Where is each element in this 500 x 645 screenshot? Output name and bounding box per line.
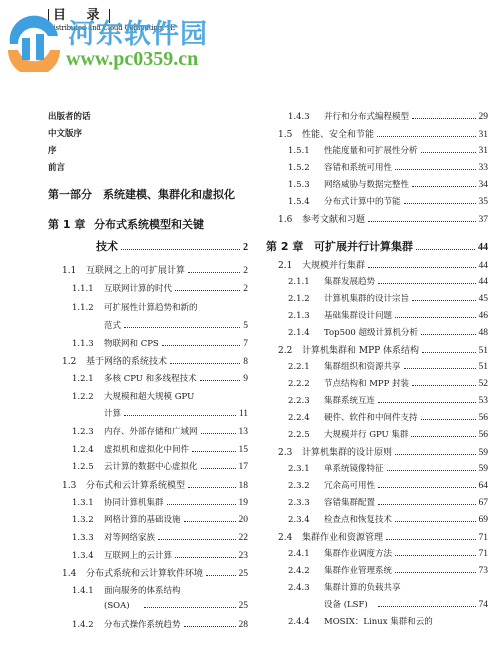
leader-dots (175, 289, 240, 291)
section-number: 1.3.2 (72, 515, 104, 525)
section-number: 1.5.2 (288, 163, 324, 173)
section-title: 互联网计算的时代 (104, 282, 172, 294)
section-title: 计算机集群的设计宗旨 (324, 292, 409, 304)
page-number: 45 (479, 294, 489, 304)
leader-dots (395, 520, 475, 522)
toc-front-item[interactable]: 序 (48, 144, 57, 156)
toc-entry[interactable]: 1.2.5 云计算的数据中心虚拟化 17 (72, 460, 248, 472)
toc-entry[interactable]: 1.5.2 容错和系统可用性 33 (288, 161, 488, 173)
toc-entry[interactable]: 2.2.4 硬件、软件和中间件支持 56 (288, 411, 488, 423)
page-number: 7 (243, 339, 248, 349)
section-number: 2.3.4 (288, 515, 324, 525)
toc-entry[interactable]: 1.1.3 物联网和 CPS 7 (72, 337, 248, 349)
toc-entry[interactable]: 2.3.2 冗余高可用性 64 (288, 479, 488, 491)
page-number: 5 (243, 321, 248, 331)
section-number: 1.2.4 (72, 445, 104, 455)
section-title: 集群作业调度方法 (324, 547, 392, 559)
section-number: 1.2.3 (72, 427, 104, 437)
leader-dots (377, 135, 475, 137)
section-number: 1.3.1 (72, 498, 104, 508)
section-number: 1.2 (62, 357, 86, 367)
leader-dots (378, 503, 475, 505)
leader-dots (144, 606, 236, 608)
section-title: 节点结构和 MPP 封装 (324, 377, 409, 389)
section-title: 计算机集群的设计原则 (302, 445, 392, 458)
page-number: 56 (479, 430, 489, 440)
section-title: 检查点和恢复技术 (324, 513, 392, 525)
chapter-heading[interactable]: 第 1 章 分布式系统模型和关键 (48, 216, 204, 232)
section-number: 1.3.4 (72, 551, 104, 561)
page-number: 13 (239, 427, 249, 437)
leader-dots (121, 248, 240, 250)
section-title: 集群计算的负载共享 (324, 581, 401, 593)
page-header: 目 录 Distributed and Cloud Computing, 1E (48, 4, 175, 32)
leader-dots (188, 486, 235, 488)
section-number: 1.5 (278, 130, 302, 140)
toc-entry[interactable]: 2.2 计算机集群和 MPP 体系结构 51 (278, 343, 488, 356)
page-number: 52 (479, 379, 489, 389)
section-title: 并行和分布式编程模型 (324, 110, 409, 122)
chapter-title: 分布式系统模型和关键 (94, 216, 204, 232)
section-title: 单系统镜像特征 (324, 462, 384, 474)
section-title: 性能、安全和节能 (302, 127, 374, 140)
leader-dots (184, 520, 236, 522)
leader-dots (201, 467, 236, 469)
page-number: 34 (479, 180, 489, 190)
section-number: 1.4 (62, 569, 86, 579)
leader-dots (368, 220, 475, 222)
page-number: 71 (479, 533, 489, 543)
leader-dots (395, 168, 475, 170)
section-number: 2.2.5 (288, 430, 324, 440)
section-title: 网格计算的基础设施 (104, 513, 181, 525)
watermark-url: www.pc0359.cn (66, 48, 198, 71)
section-title: 集群组织和资源共享 (324, 360, 401, 372)
page-number: 18 (239, 481, 249, 491)
section-number: 2.3.3 (288, 498, 324, 508)
toc-entry[interactable]: 2.4.1 集群作业调度方法 71 (288, 547, 488, 559)
section-number: 2.4.1 (288, 549, 324, 559)
section-title: 集群作业和资源管理 (302, 530, 383, 543)
page-number: 31 (479, 130, 489, 140)
toc-entry[interactable]: 1.2.2 大规模和超大规模 GPU (72, 390, 248, 402)
section-title: 物联网和 CPS (104, 337, 159, 349)
toc-entry[interactable]: 2.3.4 检查点和恢复技术 69 (288, 513, 488, 525)
toc-entry-cont[interactable]: (SOA) 25 (104, 601, 248, 611)
leader-dots (421, 151, 476, 153)
leader-dots (386, 538, 475, 540)
leader-dots (395, 554, 475, 556)
part-title[interactable]: 第一部分 系统建模、集群化和虚拟化 (48, 186, 235, 202)
toc-entry[interactable]: 2.2.2 节点结构和 MPP 封装 52 (288, 377, 488, 389)
page-number: 73 (479, 566, 489, 576)
section-title: 分布式系统和云计算软件环境 (86, 566, 203, 579)
section-title: 大规模并行 GPU 集群 (324, 428, 408, 440)
page-number: 25 (239, 601, 249, 611)
section-number: 1.2.1 (72, 374, 104, 384)
page-number: 9 (243, 374, 248, 384)
leader-dots (421, 333, 476, 335)
page-number: 44 (479, 261, 489, 271)
toc-entry[interactable]: 1.3.2 网格计算的基础设施 20 (72, 513, 248, 525)
toc-entry[interactable]: 2.4 集群作业和资源管理 71 (278, 530, 488, 543)
section-number: 2.4 (278, 533, 302, 543)
toc-entry[interactable]: 2.3.1 单系统镜像特征 59 (288, 462, 488, 474)
section-title: 计算机集群和 MPP 体系结构 (302, 343, 419, 356)
toc-entry[interactable]: 2.1.4 Top500 超级计算机分析 48 (288, 326, 488, 338)
section-number: 1.4.3 (288, 112, 324, 122)
section-title: 设备 (LSF) (324, 598, 368, 610)
page-number: 44 (478, 242, 488, 253)
chapter-title-cont: 技术 (96, 238, 118, 254)
section-title: 基础集群设计问题 (324, 309, 392, 321)
page-number: 51 (479, 362, 489, 372)
leader-dots (421, 418, 476, 420)
page-number: 64 (479, 481, 489, 491)
toc-entry[interactable]: 1.3.4 互联网上的云计算 23 (72, 549, 248, 561)
page-number: 35 (479, 197, 489, 207)
page-number: 15 (239, 445, 249, 455)
section-title: 云计算的数据中心虚拟化 (104, 460, 198, 472)
page-number: 44 (479, 277, 489, 287)
leader-dots (378, 401, 475, 403)
page-number: 8 (243, 357, 248, 367)
leader-dots (378, 605, 476, 607)
section-number: 1.5.4 (288, 197, 324, 207)
section-title: 网络威胁与数据完整性 (324, 178, 409, 190)
toc-entry-cont[interactable]: 范式 5 (104, 319, 248, 331)
page-number: 2 (243, 242, 248, 253)
chapter-title: 可扩展并行计算集群 (314, 238, 413, 254)
leader-dots (124, 414, 236, 416)
section-number: 2.4.2 (288, 566, 324, 576)
toc-entry[interactable]: 1.5.1 性能度量和可扩展性分析 31 (288, 144, 488, 156)
section-title: 虚拟机和虚拟化中间件 (104, 443, 189, 455)
toc-entry[interactable]: 1.3.1 协同计算机集群 19 (72, 496, 248, 508)
section-title: 计算 (104, 407, 121, 419)
page-number: 59 (479, 464, 489, 474)
leader-dots (201, 432, 236, 434)
section-title: 容错集群配置 (324, 496, 375, 508)
toc-front-item[interactable]: 出版者的话 (48, 110, 91, 122)
chapter-heading-cont[interactable]: 技术 2 (96, 238, 248, 254)
toc-entry[interactable]: 1.2.4 虚拟机和虚拟化中间件 15 (72, 443, 248, 455)
section-title: 集群发展趋势 (324, 275, 375, 287)
toc-entry[interactable]: 1.4.3 并行和分布式编程模型 29 (288, 110, 488, 122)
leader-dots (422, 351, 475, 353)
section-number: 1.2.2 (72, 392, 104, 402)
toc-entry[interactable]: 1.2 基于网络的系统技术 8 (62, 354, 248, 367)
section-number: 2.1.3 (288, 311, 324, 321)
toc-entry[interactable]: 2.1 大规模并行集群 44 (278, 258, 488, 271)
page-number: 33 (479, 163, 489, 173)
section-number: 1.4.1 (72, 586, 104, 596)
section-number: 1.3.3 (72, 533, 104, 543)
section-title: 参考文献和习题 (302, 212, 365, 225)
toc-entry[interactable]: 2.1.3 基础集群设计问题 46 (288, 309, 488, 321)
page-number: 25 (239, 569, 249, 579)
toc-entry[interactable]: 1.4.2 分布式操作系统趋势 28 (72, 618, 248, 630)
toc-entry[interactable]: 1.6 参考文献和习题 37 (278, 212, 488, 225)
section-title: 大规模和超大规模 GPU (104, 390, 194, 402)
page-number: 29 (479, 112, 489, 122)
toc-entry-cont[interactable]: 计算 11 (104, 407, 248, 419)
toc-front-item[interactable]: 前言 (48, 161, 65, 173)
toc-entry[interactable]: 1.5.4 分布式计算中的节能 35 (288, 195, 488, 207)
leader-dots (167, 503, 236, 505)
page-number: 51 (479, 346, 489, 356)
section-number: 1.1.1 (72, 284, 104, 294)
toc-entry[interactable]: 2.2.3 集群系统互连 53 (288, 394, 488, 406)
leader-dots (368, 266, 475, 268)
page-number: 69 (479, 515, 489, 525)
section-title: 内存、外部存储和广域网 (104, 425, 198, 437)
toc-entry[interactable]: 1.3 分布式和云计算系统模型 18 (62, 478, 248, 491)
section-title: 分布式操作系统趋势 (104, 618, 181, 630)
section-title: 冗余高可用性 (324, 479, 375, 491)
section-title: (SOA) (104, 601, 130, 611)
leader-dots (395, 453, 475, 455)
toc-entry[interactable]: 1.1.2 可扩展性计算趋势和新的 (72, 301, 248, 313)
section-title: 基于网络的系统技术 (86, 354, 167, 367)
toc-entry[interactable]: 1.2.3 内存、外部存储和广域网 13 (72, 425, 248, 437)
page-number: 37 (479, 215, 489, 225)
toc-entry-cont[interactable]: 设备 (LSF) 74 (324, 598, 488, 610)
page-number: 56 (479, 413, 489, 423)
section-number: 2.1.4 (288, 328, 324, 338)
section-number: 2.2 (278, 346, 302, 356)
toc-front-item[interactable]: 中文版序 (48, 127, 82, 139)
toc-entry[interactable]: 1.5 性能、安全和节能 31 (278, 127, 488, 140)
section-number: 2.2.1 (288, 362, 324, 372)
leader-dots (395, 571, 475, 573)
toc-entry[interactable]: 2.4.3 集群计算的负载共享 (288, 581, 488, 593)
page-number: 46 (479, 311, 489, 321)
section-title: 分布式和云计算系统模型 (86, 478, 185, 491)
section-title: 协同计算机集群 (104, 496, 164, 508)
section-number: 1.5.1 (288, 146, 324, 156)
section-title: 集群作业管理系统 (324, 564, 392, 576)
toc-entry[interactable]: 2.4.4 MOSIX：Linux 集群和云的 (288, 615, 488, 627)
section-number: 2.4.3 (288, 583, 324, 593)
section-number: 1.1.3 (72, 339, 104, 349)
toc-entry[interactable]: 2.1.1 集群发展趋势 44 (288, 275, 488, 287)
chapter-heading[interactable]: 第 2 章 可扩展并行计算集群 44 (266, 238, 488, 254)
toc-entry[interactable]: 1.4 分布式系统和云计算软件环境 25 (62, 566, 248, 579)
page-number: 53 (479, 396, 489, 406)
section-number: 1.3 (62, 481, 86, 491)
leader-dots (192, 450, 235, 452)
toc-entry[interactable]: 2.1.2 计算机集群的设计宗旨 45 (288, 292, 488, 304)
section-number: 2.1.1 (288, 277, 324, 287)
section-title: 可扩展性计算趋势和新的 (104, 301, 198, 313)
section-number: 2.2.3 (288, 396, 324, 406)
page-number: 28 (239, 620, 249, 630)
toc-entry[interactable]: 1.2.1 多核 CPU 和多线程技术 9 (72, 372, 248, 384)
leader-dots (124, 326, 240, 328)
chapter-label: 第 1 章 (48, 216, 94, 232)
toc-entry[interactable]: 2.3.3 容错集群配置 67 (288, 496, 488, 508)
leader-dots (162, 344, 241, 346)
leader-dots (412, 299, 475, 301)
leader-dots (188, 271, 240, 273)
section-title: 容错和系统可用性 (324, 161, 392, 173)
section-title: 硬件、软件和中间件支持 (324, 411, 418, 423)
section-title: 面向服务的体系结构 (104, 584, 181, 596)
toc-entry[interactable]: 1.1 互联网之上的可扩展计算 2 (62, 263, 248, 276)
section-title: 对等网络家族 (104, 531, 155, 543)
leader-dots (175, 556, 235, 558)
leader-dots (206, 574, 235, 576)
section-title: 分布式计算中的节能 (324, 195, 401, 207)
page-number: 67 (479, 498, 489, 508)
section-title: Top500 超级计算机分析 (324, 326, 418, 338)
section-number: 1.1 (62, 266, 86, 276)
leader-dots (416, 248, 475, 250)
leader-dots (158, 538, 235, 540)
section-number: 1.5.3 (288, 180, 324, 190)
leader-dots (412, 185, 475, 187)
section-number: 2.2.4 (288, 413, 324, 423)
section-title: 大规模并行集群 (302, 258, 365, 271)
section-title: 互联网之上的可扩展计算 (86, 263, 185, 276)
leader-dots (378, 282, 475, 284)
leader-dots (404, 202, 476, 204)
section-number: 2.2.2 (288, 379, 324, 389)
section-number: 2.3.2 (288, 481, 324, 491)
section-number: 1.2.5 (72, 462, 104, 472)
toc-title: 目 录 (48, 9, 110, 23)
book-subtitle: Distributed and Cloud Computing, 1E (48, 24, 175, 32)
page-number: 19 (239, 498, 249, 508)
toc-entry[interactable]: 1.4.1 面向服务的体系结构 (72, 584, 248, 596)
page-number: 22 (239, 533, 249, 543)
page-number: 74 (479, 600, 489, 610)
section-title: MOSIX：Linux 集群和云的 (324, 615, 433, 627)
page-number: 71 (479, 549, 489, 559)
toc-entry[interactable]: 1.1.1 互联网计算的时代 2 (72, 282, 248, 294)
toc-entry[interactable]: 2.4.2 集群作业管理系统 73 (288, 564, 488, 576)
leader-dots (200, 379, 241, 381)
leader-dots (412, 384, 475, 386)
page-number: 59 (479, 448, 489, 458)
leader-dots (395, 316, 475, 318)
section-title: 集群系统互连 (324, 394, 375, 406)
leader-dots (170, 362, 240, 364)
leader-dots (378, 486, 475, 488)
section-number: 1.4.2 (72, 620, 104, 630)
section-number: 2.3 (278, 448, 302, 458)
section-number: 1.1.2 (72, 303, 104, 313)
section-number: 2.1 (278, 261, 302, 271)
section-number: 2.3.1 (288, 464, 324, 474)
section-number: 1.6 (278, 215, 302, 225)
leader-dots (404, 367, 476, 369)
leader-dots (412, 117, 475, 119)
page-number: 31 (479, 146, 489, 156)
section-title: 互联网上的云计算 (104, 549, 172, 561)
leader-dots (411, 435, 475, 437)
page-number: 17 (239, 462, 249, 472)
chapter-label: 第 2 章 (266, 238, 314, 254)
toc-entry[interactable]: 2.3 计算机集群的设计原则 59 (278, 445, 488, 458)
section-title: 范式 (104, 319, 121, 331)
page-number: 2 (243, 266, 248, 276)
page-number: 2 (243, 284, 248, 294)
toc-entry[interactable]: 2.2.1 集群组织和资源共享 51 (288, 360, 488, 372)
page-number: 48 (479, 328, 489, 338)
section-number: 2.1.2 (288, 294, 324, 304)
page-number: 23 (239, 551, 249, 561)
leader-dots (184, 625, 236, 627)
toc-entry[interactable]: 2.2.5 大规模并行 GPU 集群 56 (288, 428, 488, 440)
toc-entry[interactable]: 1.3.3 对等网络家族 22 (72, 531, 248, 543)
page-number: 20 (239, 515, 249, 525)
section-number: 2.4.4 (288, 617, 324, 627)
toc-entry[interactable]: 1.5.3 网络威胁与数据完整性 34 (288, 178, 488, 190)
section-title: 性能度量和可扩展性分析 (324, 144, 418, 156)
leader-dots (387, 469, 476, 471)
page-number: 11 (239, 409, 248, 419)
section-title: 多核 CPU 和多线程技术 (104, 372, 197, 384)
